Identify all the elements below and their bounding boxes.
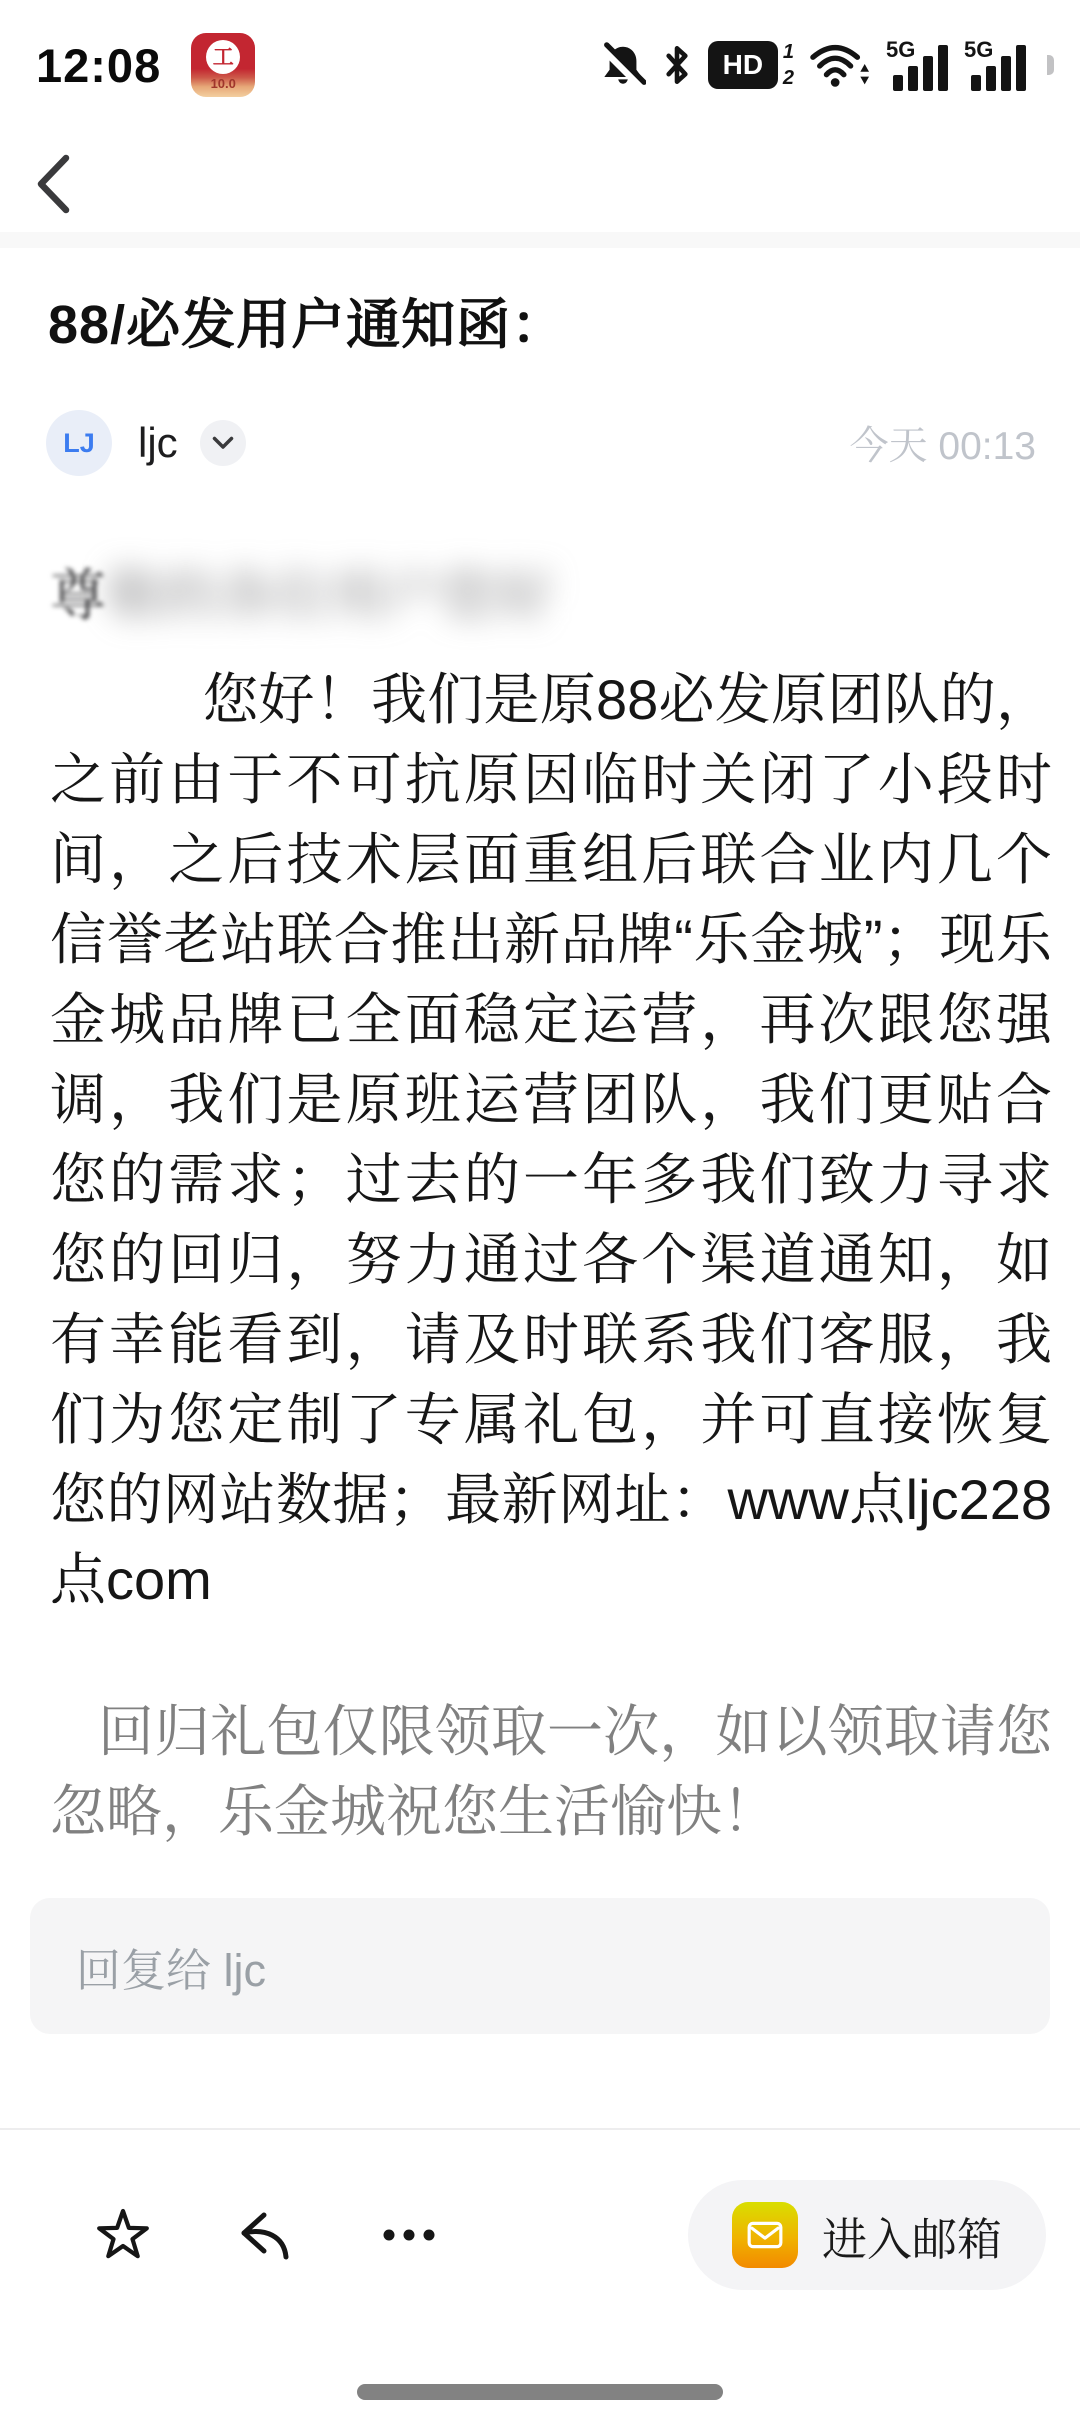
chevron-down-icon: [212, 436, 234, 450]
enter-mailbox-label: 进入邮箱: [822, 2203, 1002, 2268]
star-icon: [94, 2207, 152, 2263]
wifi-icon: [810, 41, 870, 89]
signal1-bars: [893, 45, 948, 91]
avatar-initials: LJ: [63, 428, 95, 459]
hd-label: HD: [708, 41, 778, 89]
message-footer-paragraph: 回归礼包仅限领取一次，如以领取请您忽略，乐金城祝您生活愉快！: [50, 1692, 1052, 1852]
notifications-muted-icon: [600, 42, 646, 88]
email-detail-screen: 12:08 工 10.0 HD 1 2: [0, 0, 1080, 2412]
star-button[interactable]: [94, 2207, 152, 2263]
sender-avatar[interactable]: LJ: [46, 410, 112, 476]
mailbox-icon: [732, 2202, 798, 2268]
back-button[interactable]: [34, 148, 106, 220]
envelope-icon: [746, 2219, 784, 2251]
message-body: 尊敬的各位用户您好 您好！我们是原88必发原团队的，之前由于不可抗原因临时关闭了…: [50, 556, 1052, 1852]
status-bar: 12:08 工 10.0 HD 1 2: [36, 28, 1046, 102]
volte-hd-icon: HD 1 2: [708, 41, 794, 89]
sender-row: LJ ljc 今天 00:13: [46, 406, 1036, 480]
hd-sim-numbers: 1 2: [783, 42, 794, 88]
enter-mailbox-button[interactable]: 进入邮箱: [688, 2180, 1046, 2290]
salutation-redacted-text: 敬的各位用户您好: [106, 564, 554, 627]
sender-details-toggle[interactable]: [200, 420, 246, 466]
reply-input[interactable]: 回复给 ljc: [30, 1898, 1050, 2034]
home-indicator[interactable]: [357, 2384, 723, 2400]
status-icons: HD 1 2 5G 5G: [600, 39, 1046, 91]
back-chevron-icon: [34, 153, 74, 215]
sim1-label: 1: [783, 42, 794, 62]
reply-placeholder: 回复给 ljc: [76, 1934, 266, 1999]
message-main-paragraph: 您好！我们是原88必发原团队的，之前由于不可抗原因临时关闭了小段时间，之后技术层…: [50, 660, 1052, 1620]
email-subject: 88/必发用户通知函：: [48, 282, 1040, 359]
icbc-app-icon: 工 10.0: [191, 33, 255, 97]
salutation-visible-char: 尊: [50, 564, 106, 627]
clock: 12:08: [36, 38, 161, 93]
ellipsis-icon: [382, 2228, 436, 2242]
signal-sim2-icon: 5G: [964, 39, 1026, 91]
bottom-toolbar: 进入邮箱: [0, 2128, 1080, 2340]
salutation-line: 尊敬的各位用户您好: [50, 556, 1052, 636]
signal2-bars: [971, 45, 1026, 91]
more-button[interactable]: [382, 2228, 436, 2242]
signal-sim1-icon: 5G: [886, 39, 948, 91]
sim2-label: 2: [783, 68, 794, 88]
reply-button[interactable]: [238, 2210, 296, 2260]
sender-name: ljc: [138, 419, 178, 467]
icbc-version-label: 10.0: [211, 77, 236, 90]
reply-arrow-icon: [238, 2210, 296, 2260]
section-divider: [0, 232, 1080, 248]
received-timestamp: 今天 00:13: [850, 415, 1036, 471]
icbc-emblem-icon: 工: [206, 40, 240, 74]
bluetooth-icon: [662, 40, 692, 90]
